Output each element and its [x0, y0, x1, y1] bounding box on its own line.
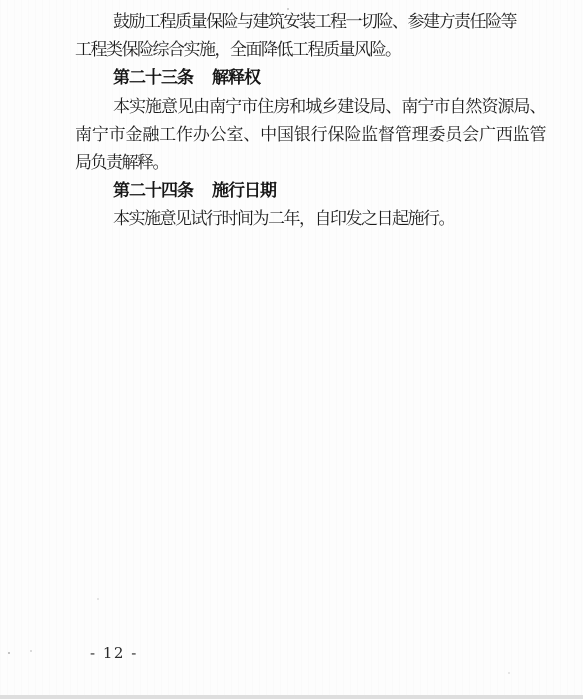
page-number-label: - 12 - [90, 644, 138, 662]
text-line: 本实施意见试行时间为二年，自印发之日起施行。 [75, 205, 545, 233]
article-title: 施行日期 [212, 181, 276, 200]
scan-bottom-edge [0, 695, 583, 699]
article-heading: 第二十四条施行日期 [75, 177, 545, 205]
document-body: 鼓励工程质量保险与建筑安装工程一切险、参建方责任险等工程类保险综合实施，全面降低… [75, 8, 545, 234]
article-heading: 第二十三条解释权 [75, 64, 545, 92]
article-title: 解释权 [212, 68, 260, 87]
text-line: 局负责解释。 [75, 149, 545, 177]
scan-noise-specks [0, 0, 2, 2]
article-number: 第二十四条 [113, 181, 193, 200]
document-page: 鼓励工程质量保险与建筑安装工程一切险、参建方责任险等工程类保险综合实施，全面降低… [0, 0, 583, 699]
text-line: 南宁市金融工作办公室、中国银行保险监督管理委员会广西监管 [75, 121, 545, 149]
text-line: 工程类保险综合实施，全面降低工程质量风险。 [75, 36, 545, 64]
text-line: 本实施意见由南宁市住房和城乡建设局、南宁市自然资源局、 [75, 93, 545, 121]
article-number: 第二十三条 [113, 68, 193, 87]
text-line: 鼓励工程质量保险与建筑安装工程一切险、参建方责任险等 [75, 8, 545, 36]
